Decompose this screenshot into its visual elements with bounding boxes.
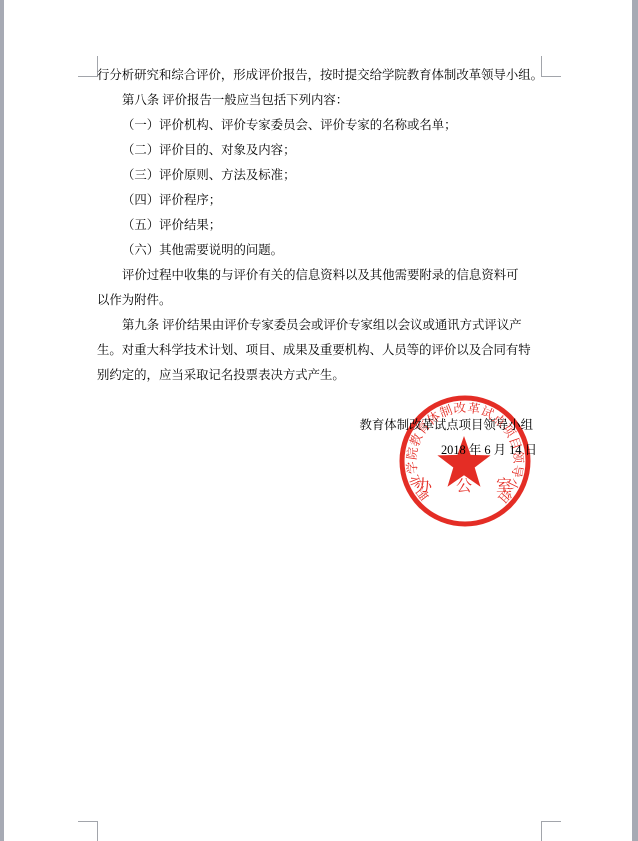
document-line: 第八条 评价报告一般应当包括下列内容： (97, 88, 541, 113)
document-line: （三）评价原则、方法及标准； (97, 163, 541, 188)
document-line: （二）评价目的、对象及内容； (97, 138, 541, 163)
crop-mark-bottom-right (541, 821, 561, 841)
document-line: （一）评价机构、评价专家委员会、评价专家的名称或名单； (97, 113, 541, 138)
document-line: （六）其他需要说明的问题。 (97, 238, 541, 263)
word-page-view: { "page": { "background_color": "#a7aab4… (0, 0, 638, 841)
crop-mark-top-left (78, 56, 98, 77)
document-line: 生。对重大科学技术计划、项目、成果及重要机构、人员等的评价以及合同有特 (97, 338, 541, 363)
document-line: 评价过程中收集的与评价有关的信息资料以及其他需要附录的信息资料可 (97, 263, 541, 288)
document-line: 以作为附件。 (97, 288, 541, 313)
crop-mark-bottom-left (78, 821, 98, 841)
blank-line (97, 388, 541, 413)
signature-org: 教育体制改革试点项目领导小组 (97, 413, 541, 438)
signature-date: 2018 年 6 月 14 日 (97, 438, 541, 463)
document-line: （五）评价结果； (97, 213, 541, 238)
document-body: 行分析研究和综合评价，形成评价报告，按时提交给学院教育体制改革领导小组。 第八条… (97, 63, 541, 463)
document-line: 行分析研究和综合评价，形成评价报告，按时提交给学院教育体制改革领导小组。 (97, 63, 541, 88)
document-line: 别约定的，应当采取记名投票表决方式产生。 (97, 363, 541, 388)
crop-mark-top-right (541, 56, 561, 77)
document-line: 第九条 评价结果由评价专家委员会或评价专家组以会议或通讯方式评议产 (97, 313, 541, 338)
document-line: （四）评价程序； (97, 188, 541, 213)
